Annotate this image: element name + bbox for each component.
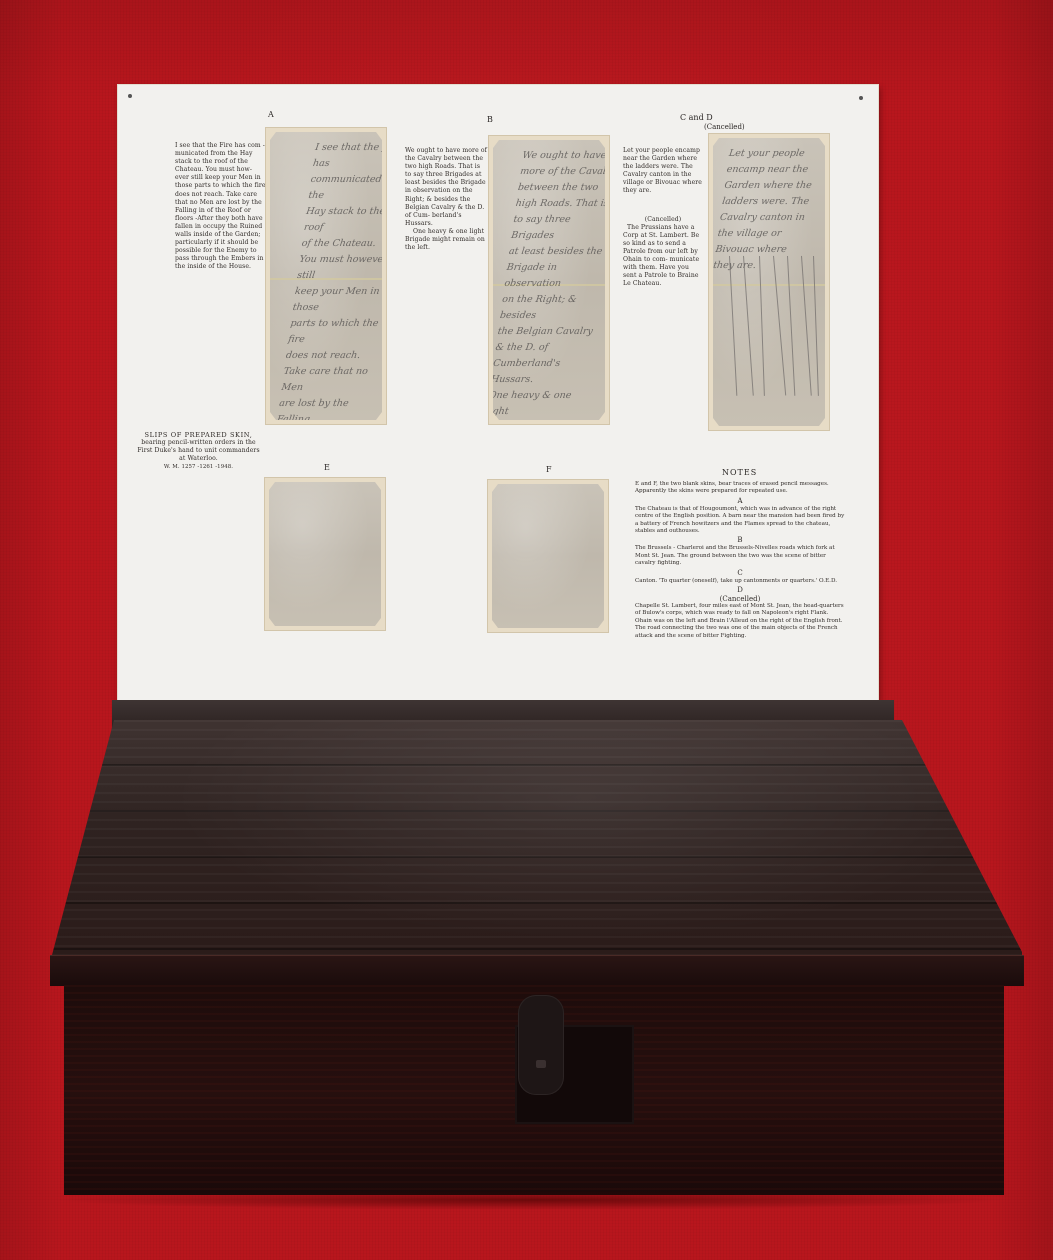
slip-label-f: F bbox=[546, 465, 552, 474]
slip-label-cd: C and D bbox=[680, 113, 713, 122]
note-heading: A bbox=[635, 496, 845, 506]
exhibit-subtitle-line: bearing pencil-written orders in the bbox=[136, 439, 261, 447]
caption-order-a: I see that the Fire has com -municated f… bbox=[175, 142, 267, 272]
pin-icon bbox=[859, 96, 863, 100]
caption-text: Let your people encamp near the Garden w… bbox=[623, 147, 703, 196]
hasp-pin bbox=[536, 1060, 546, 1068]
box-shadow bbox=[50, 1190, 1010, 1210]
pin-icon bbox=[128, 94, 132, 98]
cancelled-label: (Cancelled) bbox=[623, 216, 703, 224]
notes-title: NOTES bbox=[722, 468, 757, 477]
hasp-icon bbox=[518, 995, 564, 1095]
exhibit-reference: W. M. 1257 -1261 -1948. bbox=[136, 463, 261, 471]
notes-intro: E and F, the two blank skins, bear trace… bbox=[635, 481, 845, 496]
caption-text: One heavy & one light Brigade might rema… bbox=[405, 228, 487, 252]
caption-text: We ought to have more of the Cavalry bet… bbox=[405, 147, 487, 228]
note-heading: B bbox=[635, 535, 845, 545]
writing-box-lid-edge bbox=[50, 955, 1024, 986]
prepared-skin: Let your people encamp near the Garden w… bbox=[713, 138, 825, 426]
caption-text: The Prussians have a Corp at St. Lambert… bbox=[623, 224, 703, 289]
note-text: Canton. 'To quarter (oneself), take up c… bbox=[635, 578, 845, 585]
slip-e-blank bbox=[264, 477, 386, 631]
note-text: The Chateau is that of Hougoumont, which… bbox=[635, 506, 845, 536]
caption-order-b: We ought to have more of the Cavalry bet… bbox=[405, 147, 487, 252]
prepared-skin: We ought to have more of the Cavalry bet… bbox=[493, 140, 605, 420]
slip-sublabel-cancelled: (Cancelled) bbox=[704, 123, 745, 131]
slip-label-b: B bbox=[487, 115, 493, 124]
exhibit-title-caption: SLIPS OF PREPARED SKIN, bearing pencil-w… bbox=[136, 431, 261, 471]
caption-order-c: Let your people encamp near the Garden w… bbox=[623, 147, 703, 288]
handwritten-order: I see that the fire has communicated fro… bbox=[270, 140, 382, 420]
display-board: I see that the Fire has com -municated f… bbox=[118, 85, 878, 700]
exhibit-subtitle-line: at Waterloo. bbox=[136, 455, 261, 463]
prepared-skin: I see that the fire has communicated fro… bbox=[270, 132, 382, 420]
note-subheading: (Cancelled) bbox=[635, 595, 845, 603]
note-heading: C bbox=[635, 568, 845, 578]
handwritten-order: We ought to have more of the Cavalry bet… bbox=[493, 148, 605, 420]
slip-f-blank bbox=[487, 479, 609, 633]
slip-b: We ought to have more of the Cavalry bet… bbox=[488, 135, 610, 425]
exhibit-subtitle-line: First Duke's hand to unit commanders bbox=[136, 447, 261, 455]
handwritten-order: Let your people encamp near the Garden w… bbox=[713, 146, 825, 274]
slip-label-a: A bbox=[268, 110, 274, 119]
prepared-skin-blank bbox=[492, 484, 604, 628]
exhibit-title: SLIPS OF PREPARED SKIN, bbox=[136, 431, 261, 439]
slip-a: I see that the fire has communicated fro… bbox=[265, 127, 387, 425]
lid-sheen bbox=[52, 720, 1022, 980]
note-heading: D bbox=[635, 585, 845, 595]
prepared-skin-blank bbox=[269, 482, 381, 626]
note-text: Chapelle St. Lambert, four miles east of… bbox=[635, 603, 845, 640]
cancellation-strokes bbox=[721, 256, 817, 396]
note-text: The Brussels - Charleroi and the Brussel… bbox=[635, 545, 845, 567]
notes-section: E and F, the two blank skins, bear trace… bbox=[635, 481, 845, 640]
slip-cd: Let your people encamp near the Garden w… bbox=[708, 133, 830, 431]
slip-label-e: E bbox=[324, 463, 330, 472]
